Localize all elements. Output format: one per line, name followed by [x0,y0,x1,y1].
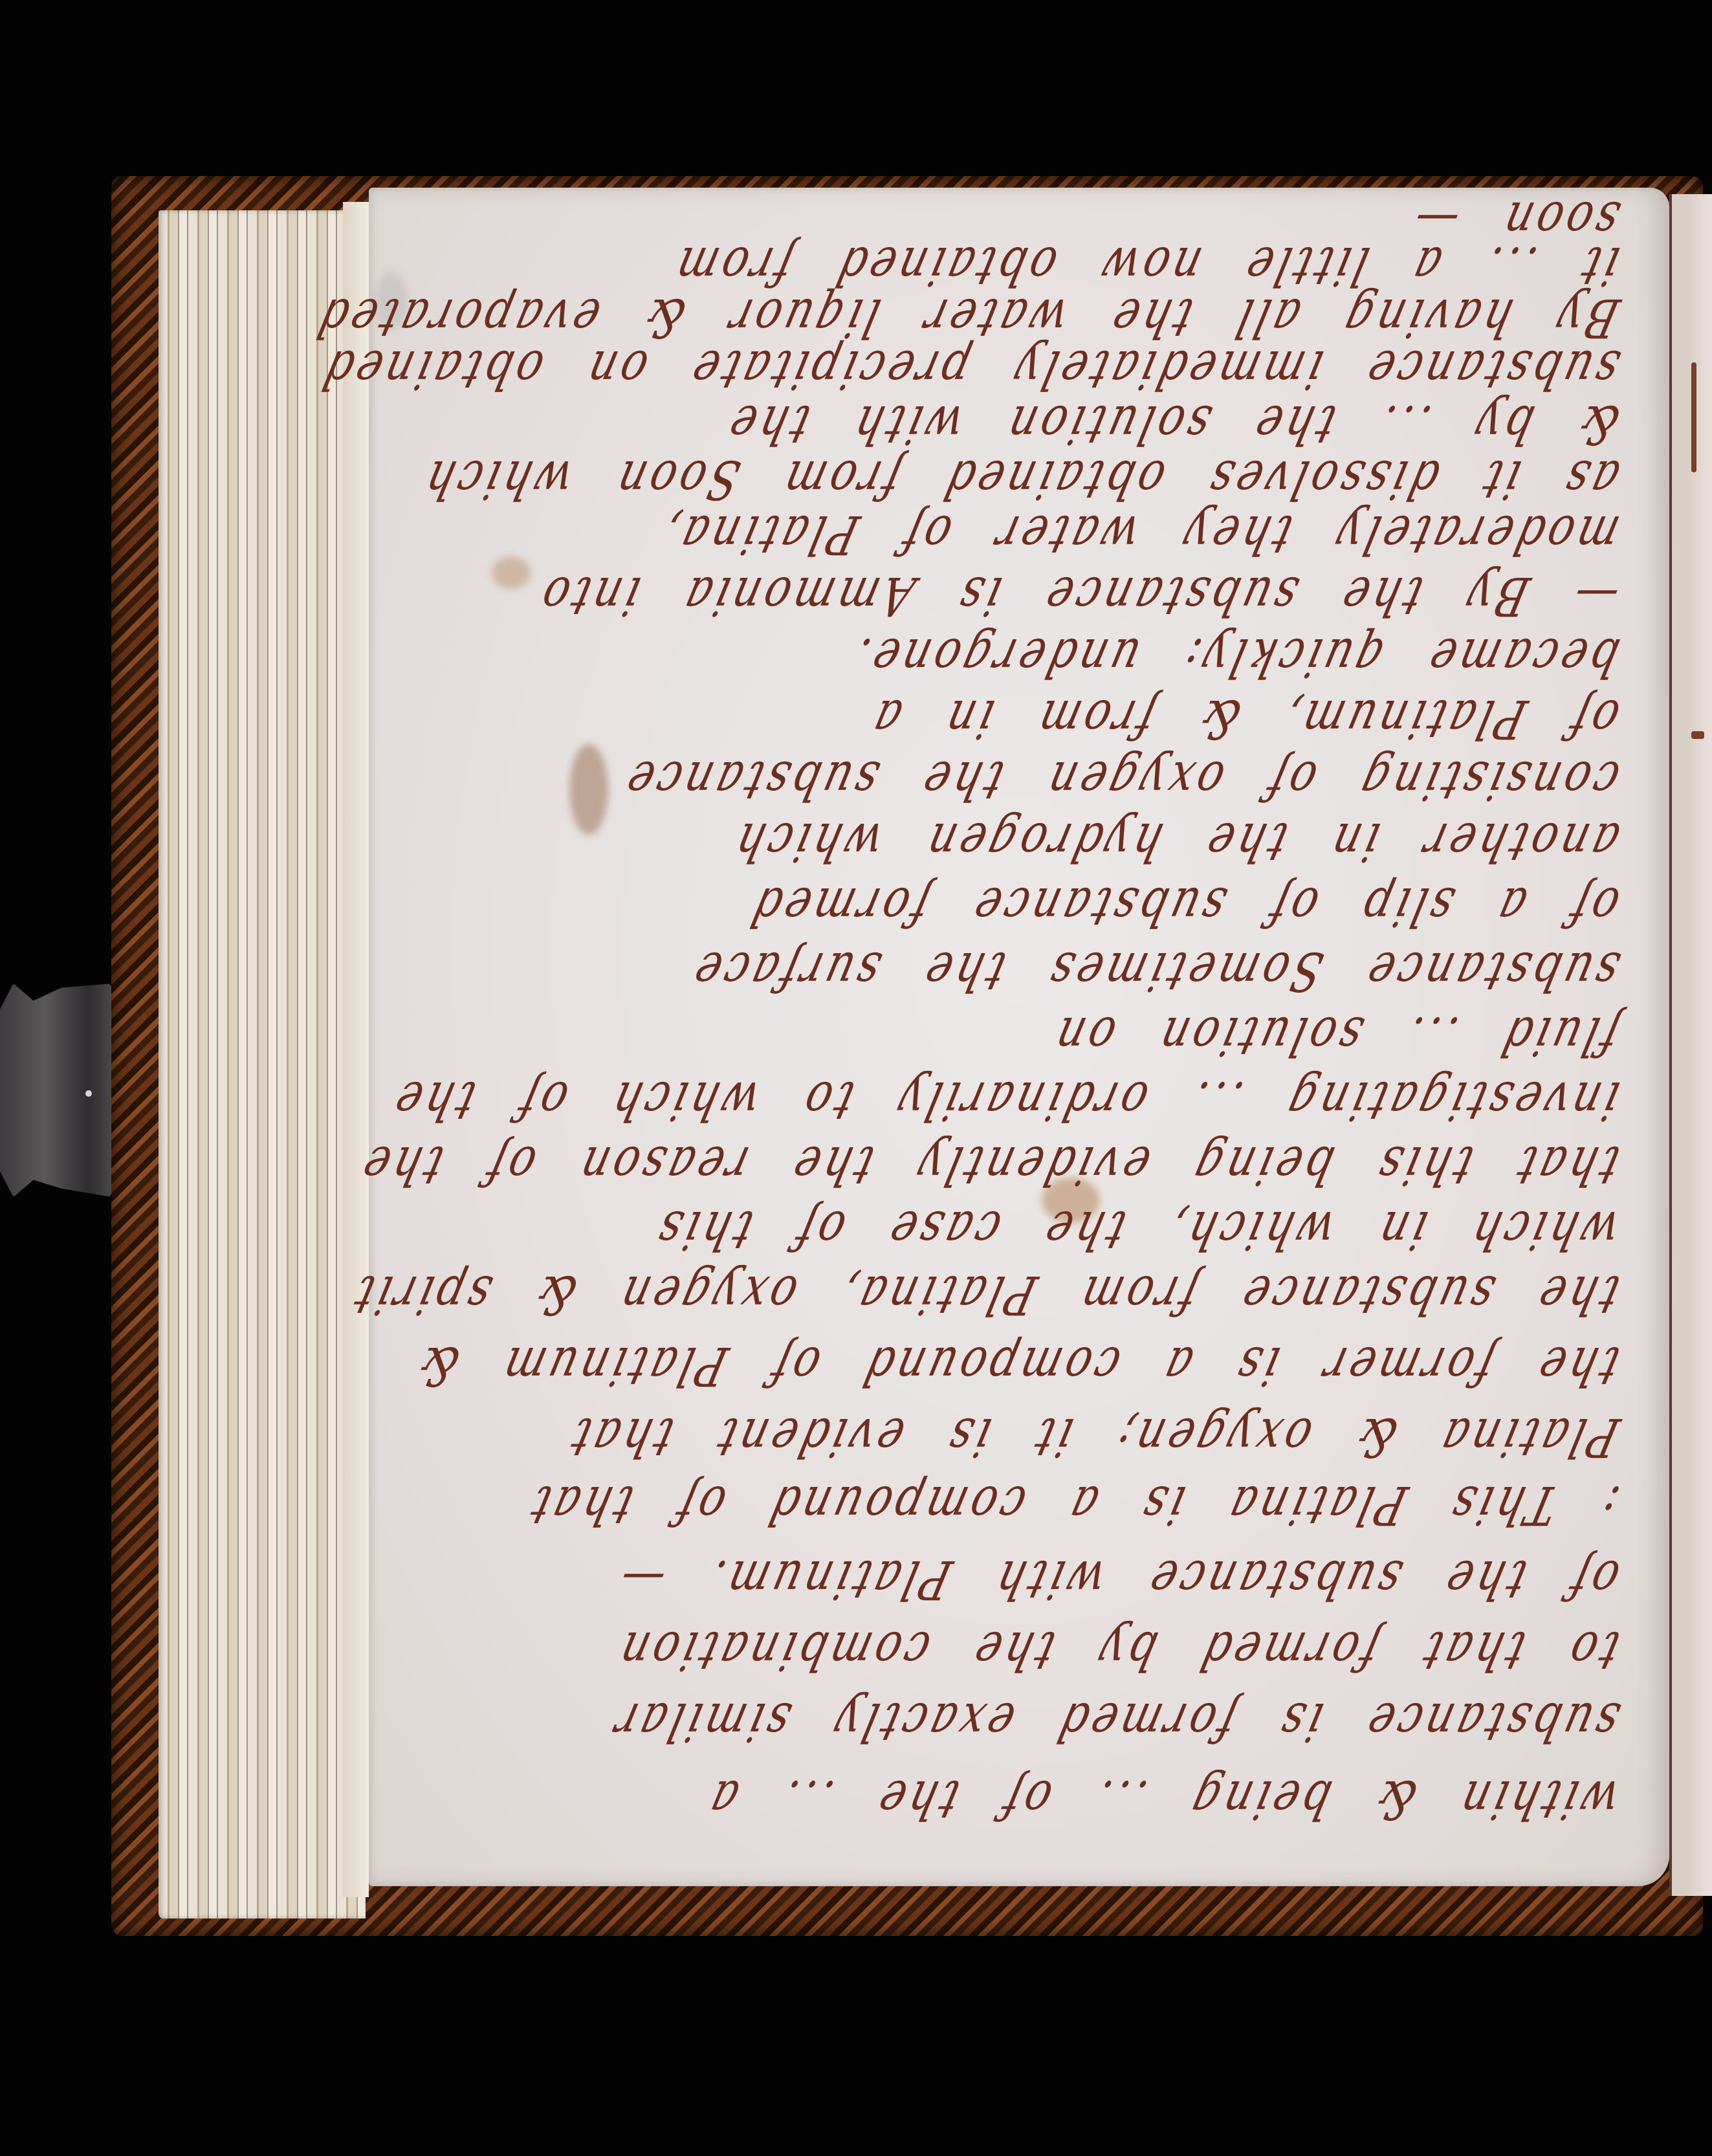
manuscript-line: Platina & oxygen; it is evident that [393,1406,1625,1468]
manuscript-line: investigating ... ordinarily to which of… [393,1070,1625,1132]
manuscript-line: & by ... the solution with the [393,393,1625,456]
manuscript-line: which in which, the case of this [393,1199,1625,1261]
manuscript-line: substance Sometimes the surface [393,940,1625,1002]
manuscript-line: of the substance with Platinum. — [393,1548,1625,1611]
ink-mark [1691,731,1704,739]
manuscript-line: fluid ... solution on [393,1005,1625,1067]
manuscript-line: became quickly: undergone. [393,626,1625,688]
manuscript-line: the substance from Platina, oxygen & spi… [393,1264,1625,1326]
manuscript-line: consisting of oxygen the substance [393,749,1625,811]
handwritten-text: within & being ... of the ... a substanc… [401,233,1618,1825]
manuscript-line: to that formed by the combination [393,1620,1625,1682]
metal-clasp [0,984,111,1197]
manuscript-line: substance is formed exactly similar [393,1691,1625,1753]
manuscript-line: that this being evidently the reason of … [393,1134,1625,1196]
manuscript-line: the former is a compound of Platinum & [393,1335,1625,1397]
manuscript-line: moderately they water of Platina, [393,503,1625,566]
manuscript-line: soon — [393,190,1625,252]
manuscript-line: within & being ... of the ... a [393,1768,1625,1831]
manuscript-line: as it dissolves obtained from Soon which [393,448,1625,511]
manuscript-line: — By the substance is Ammonia into [393,565,1625,627]
manuscript-line: of a slip of substance formed [393,875,1625,938]
page-edges [159,210,366,1919]
manuscript-line: another in the hydrogen which [393,811,1625,873]
facing-page-edge [1669,194,1712,1896]
clasp-rivet [85,1090,92,1097]
photo-scene: within & being ... of the ... a substanc… [0,0,1712,2156]
manuscript-line: : This Platina is a compound of that [393,1474,1625,1536]
manuscript-line: of Platinum, & from in a [393,688,1625,750]
page-edge-highlight [343,202,369,1897]
ink-mark [1691,362,1696,472]
